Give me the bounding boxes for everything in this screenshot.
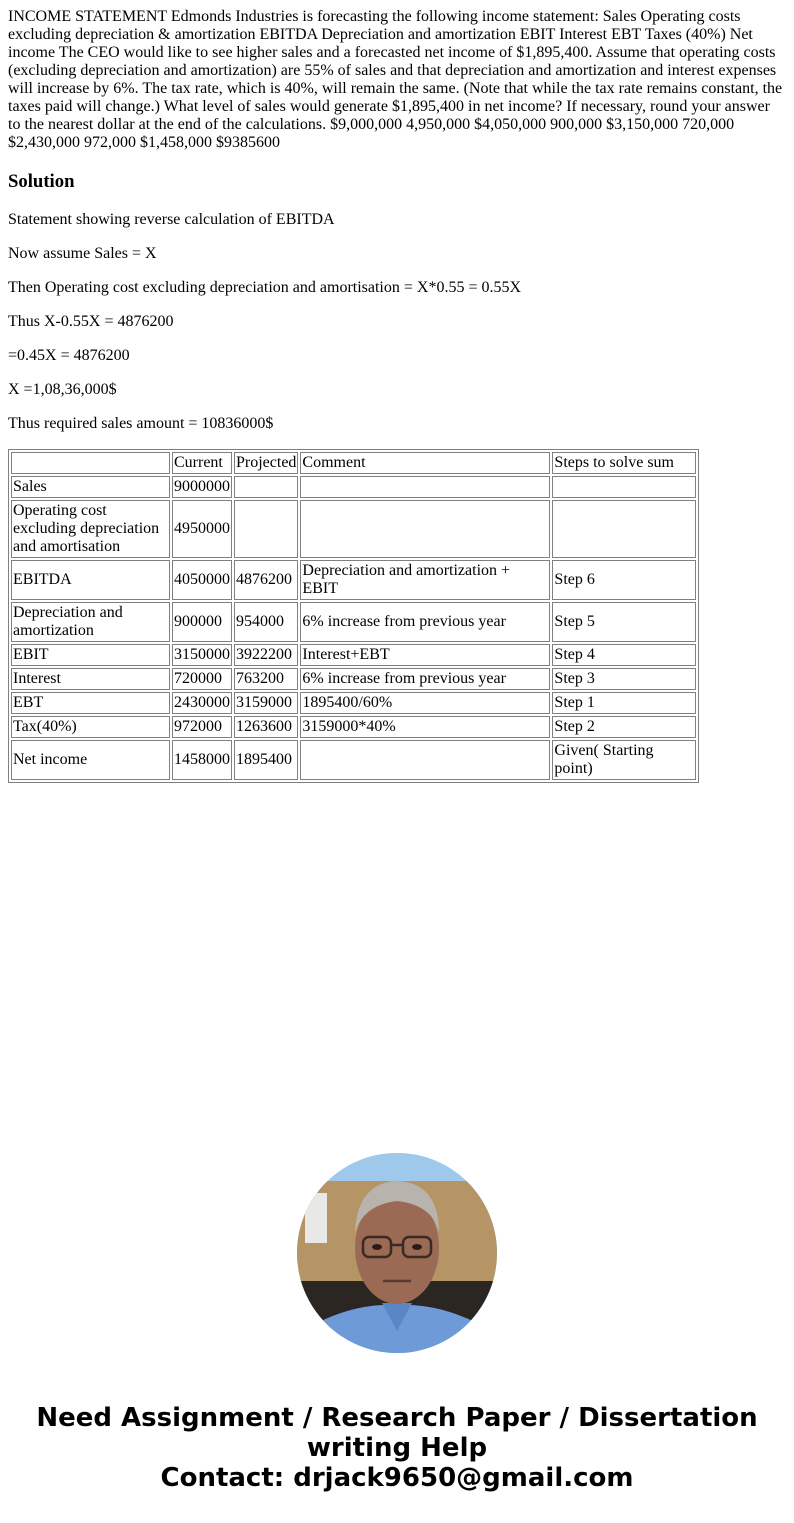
header-cell-current: Current	[172, 452, 232, 474]
solution-paragraph: =0.45X = 4876200	[8, 347, 786, 365]
projected-value-cell	[234, 500, 298, 558]
table-row: Operating cost excluding depreciation an…	[11, 500, 696, 558]
solution-paragraph: Statement showing reverse calculation of…	[8, 211, 786, 229]
current-value-cell: 4050000	[172, 560, 232, 600]
comment-cell: 1895400/60%	[300, 692, 550, 714]
solution-paragraph: Then Operating cost excluding depreciati…	[8, 279, 786, 297]
table-row: Net income14580001895400 Given( Starting…	[11, 740, 696, 780]
row-label-cell: Interest	[11, 668, 170, 690]
question-text: INCOME STATEMENT Edmonds Industries is f…	[8, 8, 786, 152]
table-row: Sales9000000	[11, 476, 696, 498]
step-cell: Given( Starting point)	[552, 740, 696, 780]
solution-heading: Solution	[8, 171, 786, 193]
solution-paragraph: X =1,08,36,000$	[8, 381, 786, 399]
current-value-cell: 9000000	[172, 476, 232, 498]
comment-cell: 3159000*40%	[300, 716, 550, 738]
projected-value-cell: 1895400	[234, 740, 298, 780]
table-row: Depreciation and amortization90000095400…	[11, 602, 696, 642]
row-label-cell: EBT	[11, 692, 170, 714]
projected-value-cell: 1263600	[234, 716, 298, 738]
step-cell: Step 2	[552, 716, 696, 738]
row-label-cell: Operating cost excluding depreciation an…	[11, 500, 170, 558]
promo-line: writing Help	[0, 1433, 794, 1463]
promo-contact: Contact: drjack9650@gmail.com	[0, 1463, 794, 1493]
projected-value-cell: 954000	[234, 602, 298, 642]
row-label-cell: EBITDA	[11, 560, 170, 600]
projected-value-cell: 3922200	[234, 644, 298, 666]
step-cell: Step 4	[552, 644, 696, 666]
table-header-row: Current Projected Comment Steps to solve…	[11, 452, 696, 474]
step-cell: Step 1	[552, 692, 696, 714]
solution-paragraph: Now assume Sales = X	[8, 245, 786, 263]
comment-cell: Interest+EBT	[300, 644, 550, 666]
step-cell	[552, 476, 696, 498]
row-label-cell: Sales	[11, 476, 170, 498]
row-label-cell: Depreciation and amortization	[11, 602, 170, 642]
current-value-cell: 3150000	[172, 644, 232, 666]
comment-cell: 6% increase from previous year	[300, 602, 550, 642]
comment-cell	[300, 740, 550, 780]
projected-value-cell: 3159000	[234, 692, 298, 714]
promo-banner: Need Assignment / Research Paper / Disse…	[0, 1403, 794, 1493]
comment-cell: Depreciation and amortization + EBIT	[300, 560, 550, 600]
income-statement-table: Current Projected Comment Steps to solve…	[8, 449, 699, 783]
current-value-cell: 2430000	[172, 692, 232, 714]
person-photo-icon	[297, 1153, 497, 1353]
table-row: EBT243000031590001895400/60%Step 1	[11, 692, 696, 714]
comment-cell	[300, 500, 550, 558]
table-row: EBITDA40500004876200Depreciation and amo…	[11, 560, 696, 600]
header-cell-projected: Projected	[234, 452, 298, 474]
comment-cell: 6% increase from previous year	[300, 668, 550, 690]
header-cell-steps: Steps to solve sum	[552, 452, 696, 474]
step-cell: Step 5	[552, 602, 696, 642]
row-label-cell: EBIT	[11, 644, 170, 666]
comment-cell	[300, 476, 550, 498]
row-label-cell: Net income	[11, 740, 170, 780]
step-cell: Step 6	[552, 560, 696, 600]
current-value-cell: 1458000	[172, 740, 232, 780]
projected-value-cell: 763200	[234, 668, 298, 690]
solution-paragraph: Thus X-0.55X = 4876200	[8, 313, 786, 331]
header-cell-label	[11, 452, 170, 474]
table-row: EBIT31500003922200Interest+EBTStep 4	[11, 644, 696, 666]
current-value-cell: 4950000	[172, 500, 232, 558]
page-content: INCOME STATEMENT Edmonds Industries is f…	[0, 0, 794, 783]
step-cell: Step 3	[552, 668, 696, 690]
table-row: Tax(40%)97200012636003159000*40%Step 2	[11, 716, 696, 738]
table-row: Interest7200007632006% increase from pre…	[11, 668, 696, 690]
header-cell-comment: Comment	[300, 452, 550, 474]
projected-value-cell	[234, 476, 298, 498]
current-value-cell: 900000	[172, 602, 232, 642]
current-value-cell: 720000	[172, 668, 232, 690]
solution-paragraph: Thus required sales amount = 10836000$	[8, 415, 786, 433]
author-avatar	[297, 1153, 497, 1353]
step-cell	[552, 500, 696, 558]
current-value-cell: 972000	[172, 716, 232, 738]
promo-line: Need Assignment / Research Paper / Disse…	[0, 1403, 794, 1433]
projected-value-cell: 4876200	[234, 560, 298, 600]
row-label-cell: Tax(40%)	[11, 716, 170, 738]
table-body: Current Projected Comment Steps to solve…	[11, 452, 696, 780]
